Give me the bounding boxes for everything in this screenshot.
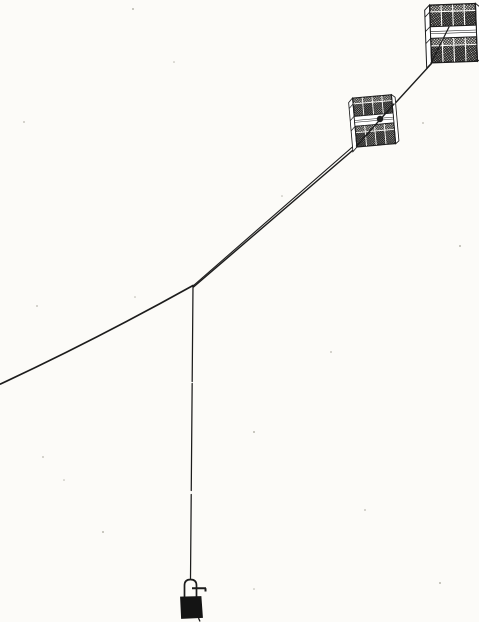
instrument-suspension-cord: [191, 286, 194, 579]
instrument-foot: [199, 618, 201, 622]
figure-page: [0, 0, 479, 622]
paper-specks: [23, 8, 461, 590]
kite-train-figure: [0, 0, 479, 622]
instrument-body-box: [181, 597, 203, 619]
lower-box-kite: [348, 94, 399, 151]
kite-to-kite-link-line: [394, 64, 432, 105]
instrument-crossarm: [192, 588, 206, 591]
recording-instrument: [181, 580, 207, 622]
lower-kite-bridle-line: [194, 143, 358, 286]
lower-kite-bridle-ring: [377, 116, 383, 122]
main-kite-line-lower: [1, 286, 194, 385]
